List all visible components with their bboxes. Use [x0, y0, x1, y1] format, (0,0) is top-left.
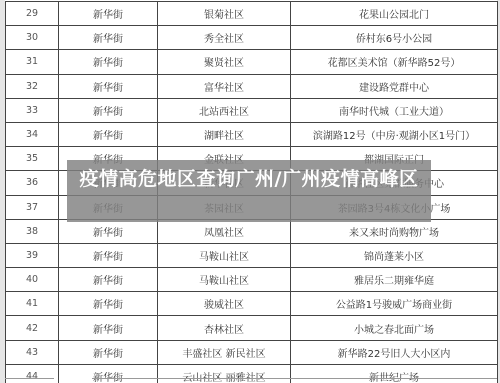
- address-cell: 花都区美术馆（新华路52号）: [291, 50, 498, 74]
- row-number: 34: [6, 122, 59, 146]
- street-cell: 新华街: [59, 122, 158, 146]
- table-row: 43新华街丰盛社区 新民社区新华路22号旧人大小区内: [6, 340, 498, 364]
- address-cell: 侨村东6号小公园: [291, 26, 498, 50]
- row-number: 40: [6, 268, 59, 292]
- street-cell: 新华街: [59, 50, 158, 74]
- table-row: 42新华街杏林社区小城之春北面广场: [6, 316, 498, 340]
- address-cell: 来又来时尚购物广场: [291, 219, 498, 243]
- address-cell: 建设路党群中心: [291, 74, 498, 98]
- community-cell: 丰盛社区 新民社区: [158, 340, 291, 364]
- community-cell: 马鞍山社区: [158, 243, 291, 267]
- row-number: 32: [6, 74, 59, 98]
- address-cell: 小城之春北面广场: [291, 316, 498, 340]
- street-cell: 新华街: [59, 292, 158, 316]
- row-number: 30: [6, 26, 59, 50]
- row-number: 35: [6, 147, 59, 171]
- community-cell: 湖畔社区: [158, 122, 291, 146]
- row-number: 36: [6, 171, 59, 195]
- table-row: 38新华街凤凰社区来又来时尚购物广场: [6, 219, 498, 243]
- community-cell: 聚贤社区: [158, 50, 291, 74]
- row-number: 41: [6, 292, 59, 316]
- table-row: 32新华街富华社区建设路党群中心: [6, 74, 498, 98]
- address-cell: 雅居乐二期雍华庭: [291, 268, 498, 292]
- table-row: 30新华街秀全社区侨村东6号小公园: [6, 26, 498, 50]
- community-cell: 富华社区: [158, 74, 291, 98]
- address-cell: 滨湖路12号（中房·观湖小区1号门）: [291, 122, 498, 146]
- community-cell: 北站西社区: [158, 98, 291, 122]
- table-row: 33新华街北站西社区南华时代城（工业大道）: [6, 98, 498, 122]
- table-row: 29新华街银菊社区花果山公园北门: [6, 2, 498, 26]
- table-row: 40新华街马鞍山社区雅居乐二期雍华庭: [6, 268, 498, 292]
- street-cell: 新华街: [59, 364, 158, 383]
- row-number: 43: [6, 340, 59, 364]
- street-cell: 新华街: [59, 268, 158, 292]
- bottom-divider: [92, 378, 497, 379]
- address-cell: 南华时代城（工业大道）: [291, 98, 498, 122]
- table-row: 41新华街骏威社区公益路1号骏威广场商业街: [6, 292, 498, 316]
- table-row: 31新华街聚贤社区花都区美术馆（新华路52号）: [6, 50, 498, 74]
- address-cell: 花果山公园北门: [291, 2, 498, 26]
- street-cell: 新华街: [59, 340, 158, 364]
- bottom-divider: [5, 378, 54, 379]
- address-cell: 锦尚蓬莱小区: [291, 243, 498, 267]
- street-cell: 新华街: [59, 316, 158, 340]
- community-cell: 银菊社区: [158, 2, 291, 26]
- table-row: 44新华街云山社区 丽雅社区新世纪广场: [6, 364, 498, 383]
- row-number: 37: [6, 195, 59, 219]
- row-number: 31: [6, 50, 59, 74]
- street-cell: 新华街: [59, 74, 158, 98]
- article-title-banner: 疫情高危地区查询广州/广州疫情高峰区: [67, 160, 431, 222]
- row-number: 42: [6, 316, 59, 340]
- community-cell: 云山社区 丽雅社区: [158, 364, 291, 383]
- community-cell: 马鞍山社区: [158, 268, 291, 292]
- row-number: 33: [6, 98, 59, 122]
- row-number: 44: [6, 364, 59, 383]
- address-cell: 公益路1号骏威广场商业街: [291, 292, 498, 316]
- community-cell: 凤凰社区: [158, 219, 291, 243]
- table-row: 39新华街马鞍山社区锦尚蓬莱小区: [6, 243, 498, 267]
- street-cell: 新华街: [59, 219, 158, 243]
- table-row: 34新华街湖畔社区滨湖路12号（中房·观湖小区1号门）: [6, 122, 498, 146]
- row-number: 29: [6, 2, 59, 26]
- address-cell: 新世纪广场: [291, 364, 498, 383]
- row-number: 39: [6, 243, 59, 267]
- address-cell: 新华路22号旧人大小区内: [291, 340, 498, 364]
- street-cell: 新华街: [59, 2, 158, 26]
- community-cell: 杏林社区: [158, 316, 291, 340]
- street-cell: 新华街: [59, 243, 158, 267]
- community-cell: 秀全社区: [158, 26, 291, 50]
- street-cell: 新华街: [59, 98, 158, 122]
- community-cell: 骏威社区: [158, 292, 291, 316]
- street-cell: 新华街: [59, 26, 158, 50]
- row-number: 38: [6, 219, 59, 243]
